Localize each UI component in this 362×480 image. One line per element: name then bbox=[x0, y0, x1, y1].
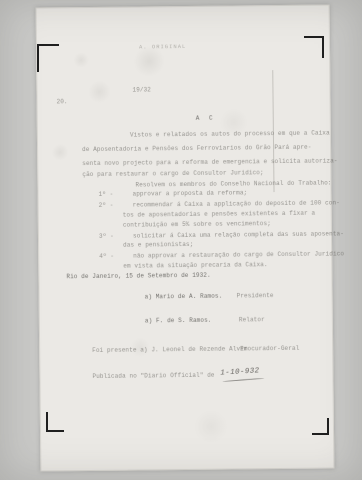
list-item-text: em vista da situação precaria da Caixa. bbox=[123, 262, 267, 270]
list-item-text: approvar a proposta da reforma; bbox=[133, 190, 248, 197]
paragraph-line: ção para restaurar o cargo de Consultor … bbox=[82, 170, 263, 178]
handwritten-underline bbox=[223, 378, 265, 382]
list-item-number: 4º - bbox=[99, 254, 114, 260]
handwritten-date: 1-10-932 bbox=[220, 368, 260, 378]
signature-name: a) Mario de A. Ramos. bbox=[145, 294, 223, 301]
list-item-text: solicitar á Caixa uma relação completa d… bbox=[133, 231, 344, 239]
section-mark: A C bbox=[196, 116, 216, 122]
margin-number: 20. bbox=[57, 99, 68, 105]
signature-role: Presidente bbox=[237, 293, 274, 299]
paragraph-line: de Aposentadoria e Pensões dos Ferroviar… bbox=[82, 145, 311, 153]
typed-text-layer: A. ORIGINAL 19/32 20. A C Vistos e relat… bbox=[37, 5, 334, 470]
list-item-text: não approvar a restauração do cargo de C… bbox=[133, 251, 344, 259]
paragraph-line: Vistos e relatados os autos do processo … bbox=[130, 130, 330, 138]
header-label: A. ORIGINAL bbox=[139, 44, 186, 50]
footer-present-role: Procurador-Geral bbox=[240, 346, 299, 353]
list-item-text: contribuição em 5% sobre os vencimentos; bbox=[123, 221, 271, 229]
list-item-text: das e pensionistas; bbox=[123, 242, 193, 249]
document-page: A. ORIGINAL 19/32 20. A C Vistos e relat… bbox=[36, 4, 335, 471]
scanned-document-photo: A. ORIGINAL 19/32 20. A C Vistos e relat… bbox=[0, 0, 362, 480]
list-item-number: 1º - bbox=[99, 192, 114, 198]
signature-role: Relator bbox=[239, 317, 265, 323]
list-item-text: recommendar á Caixa a applicação do depo… bbox=[133, 200, 340, 208]
paragraph-line: senta novo projecto para a reforma de em… bbox=[82, 158, 337, 167]
list-item-number: 3º - bbox=[99, 234, 114, 240]
dateline: Rio de Janeiro, 15 de Setembro de 1932. bbox=[66, 273, 210, 281]
process-number: 19/32 bbox=[132, 87, 151, 93]
list-item-number: 2º - bbox=[99, 203, 114, 209]
resolve-line: Resolvem os membros do Conselho Nacional… bbox=[135, 180, 331, 188]
footer-present-line: Foi presente a) J. Leonel de Rezende Alv… bbox=[92, 346, 247, 354]
list-item-text: tos de aposentadorias e pensões existent… bbox=[123, 211, 315, 219]
footer-published-line: Publicada no "Diario Official" de bbox=[92, 373, 214, 380]
signature-name: a) F. de S. Ramos. bbox=[145, 318, 212, 325]
